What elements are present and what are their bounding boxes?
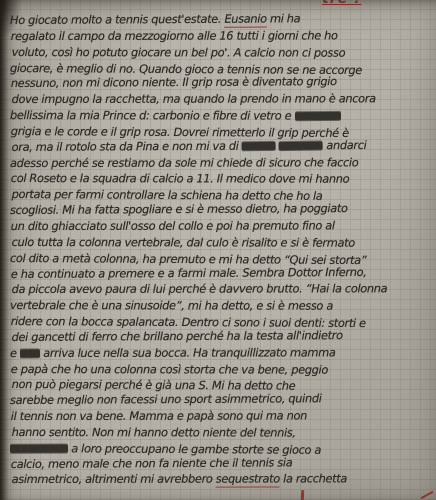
handwritten-text: dove impugno la racchetta, ma quando la … (12, 92, 376, 107)
handwritten-line: e arriva luce nella sua bocca. Ha tranqu… (10, 345, 436, 362)
handwritten-line: nessuno, non mi dicono niente. Il grip r… (11, 74, 436, 92)
scribbled-out-word (20, 349, 40, 357)
handwritten-text: la racchetta (280, 472, 347, 486)
red-annotation-top-fragment: tre ! (322, 0, 361, 7)
handwritten-line: sarebbe meglio non facessi uno sport asi… (10, 391, 436, 409)
handwritten-line: calcio, meno male che non fa niente che … (11, 454, 436, 472)
handwritten-line: col Roseto e la squadra di calcio a 11. … (11, 171, 436, 188)
red-underlined-word: Eusanio (224, 12, 266, 28)
handwritten-line: adesso perché se restiamo da sole mi chi… (10, 155, 436, 172)
handwritten-text: e ha continuato a premere e a farmi male… (11, 264, 367, 280)
handwritten-line: Ho giocato molto a tennis quest'estate. … (10, 11, 436, 29)
handwritten-line: hanno sentito. Non mi hanno detto niente… (12, 425, 436, 442)
red-underlined-word: sequestrato (216, 472, 280, 488)
notebook-page: tre ! Ho giocato molto a tennis quest'es… (0, 0, 436, 500)
handwritten-text: culo tutta la colonna vertebrale, dal cu… (12, 235, 355, 250)
handwritten-text: a loro preoccupano le gambe storte se gi… (68, 441, 321, 456)
handwritten-line: regalato il campo da mezzogiorno alle 16… (11, 28, 436, 45)
scribbled-out-word (10, 444, 68, 452)
handwritten-text: col Roseto e la squadra di calcio a 11. … (11, 171, 349, 186)
handwritten-text: e papà che ho una colonna così storta ch… (11, 362, 328, 377)
handwritten-text: scogliosi. Mi ha fatta spogliare e si è … (10, 201, 348, 217)
scribbled-out-word (242, 142, 276, 151)
handwritten-line: un dito ghiacciato sull'osso del collo e… (11, 218, 436, 235)
handwritten-line: scogliosi. Mi ha fatta spogliare e si è … (10, 201, 436, 219)
scribbled-out-word (295, 112, 341, 120)
handwritten-text: regalato il campo da mezzogiorno alle 16… (11, 28, 338, 43)
red-annotation-bottom-stroke (301, 490, 304, 500)
handwritten-text: sarebbe meglio non facessi uno sport asi… (10, 391, 322, 407)
handwritten-line: e papà che ho una colonna così storta ch… (11, 362, 436, 379)
handwritten-line: da piccola avevo paura di lui perché è d… (12, 282, 436, 299)
handwritten-text: andarci (323, 138, 366, 152)
handwritten-line: bellissima la mia Prince d: carbonio e f… (10, 108, 436, 125)
handwritten-text: un dito ghiacciato sull'osso del collo e… (11, 218, 335, 233)
handwritten-line: dove impugno la racchetta, ma quando la … (12, 91, 436, 108)
handwritten-text: arriva luce nella sua bocca. Ha tranquil… (40, 345, 336, 360)
handwritten-line: ora, ma il rotolo sta da Pina e non mi v… (12, 137, 436, 155)
handwritten-text: asimmetrico, altrimenti mi avrebbero (12, 472, 216, 486)
handwritten-text: bellissima la mia Prince d: carbonio e f… (10, 108, 295, 123)
handwritten-text: calcio, meno male che non fa niente che … (11, 455, 293, 471)
handwritten-text: da piccola avevo paura di lui perché è d… (12, 282, 388, 297)
handwriting-text-block: Ho giocato molto a tennis quest'estate. … (10, 13, 436, 488)
handwritten-text: dei gancetti di ferro che brillano perch… (12, 328, 343, 344)
handwritten-line: vertebrale che è una sinusoide”, mi ha d… (10, 298, 436, 315)
page-binding-shadow (0, 0, 9, 500)
handwritten-line: il tennis non va bene. Mamma e papà sono… (11, 408, 436, 425)
handwritten-text: ora, ma il rotolo sta da Pina e non mi v… (12, 138, 242, 153)
handwritten-text: nessuno, non mi dicono niente. Il grip r… (11, 74, 337, 90)
handwritten-text: hanno sentito. Non mi hanno detto niente… (12, 425, 296, 440)
handwritten-line: e ha continuato a premere e a farmi male… (11, 264, 436, 282)
handwritten-text: Ho giocato molto a tennis quest'estate. (10, 12, 225, 27)
handwritten-line: asimmetrico, altrimenti mi avrebbero seq… (12, 472, 436, 489)
handwritten-text: e (10, 346, 20, 360)
handwritten-text: il tennis non va bene. Mamma e papà sono… (11, 409, 307, 424)
scribbled-out-word (279, 141, 323, 150)
handwritten-text: adesso perché se restiamo da sole mi chi… (10, 155, 358, 170)
handwritten-line: culo tutta la colonna vertebrale, dal cu… (12, 235, 436, 252)
handwritten-text: mi ha (267, 11, 301, 25)
handwritten-text: voluto, così ho potuto giocare un bel po… (12, 45, 346, 60)
handwritten-text: vertebrale che è una sinusoide”, mi ha d… (10, 298, 333, 313)
handwritten-line: dei gancetti di ferro che brillano perch… (12, 327, 436, 345)
handwritten-line: voluto, così ho potuto giocare un bel po… (12, 45, 436, 62)
